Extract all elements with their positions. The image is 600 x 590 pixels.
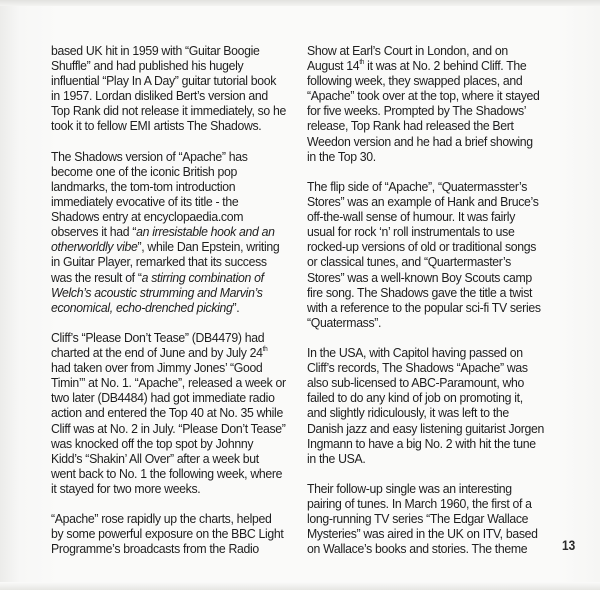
text-line: Shuffle” and had published his hugely xyxy=(51,58,295,73)
text-run: Timin’” at No. 1. “Apache”, released a w… xyxy=(51,375,286,390)
text-run: took it to fellow EMI artists The Shadow… xyxy=(51,118,261,133)
text-run: Weedon version and he had a brief showin… xyxy=(307,134,533,149)
text-run: based UK hit in 1959 with “Guitar Boogie xyxy=(51,43,260,58)
text-run: also sub-licensed to ABC-Paramount, who xyxy=(307,375,524,390)
text-line: took it to fellow EMI artists The Shadow… xyxy=(51,118,295,133)
text-run: went back to No. 1 the following week, w… xyxy=(51,466,282,481)
text-line: landmarks, the tom-tom introduction xyxy=(51,179,295,194)
paragraph: The flip side of “Apache”, “Quatermasste… xyxy=(307,179,551,330)
text-run: in the Top 30. xyxy=(307,149,376,164)
text-run: failed to do any kind of job on promotin… xyxy=(307,390,523,405)
text-line: based UK hit in 1959 with “Guitar Boogie xyxy=(51,43,295,58)
text-line: observes it had “an irresistable hook an… xyxy=(51,224,295,239)
text-run: become one of the iconic British pop xyxy=(51,164,237,179)
text-run: had taken over from Jimmy Jones’ “Good xyxy=(51,360,262,375)
ordinal-suffix: th xyxy=(263,346,268,353)
paragraph: Show at Earl’s Court in London, and onAu… xyxy=(307,43,551,164)
text-line: Their follow-up single was an interestin… xyxy=(307,481,551,496)
text-line: release, Top Rank had released the Bert xyxy=(307,118,551,133)
text-run: Stores” was a well-known Boy Scouts camp xyxy=(307,270,532,285)
text-line: Stores” was an example of Hank and Bruce… xyxy=(307,194,551,209)
text-run: usual for rock ‘n’ roll instrumentals to… xyxy=(307,224,514,239)
text-line: August 14th it was at No. 2 behind Cliff… xyxy=(307,58,551,73)
text-line: immediately evocative of its title - the xyxy=(51,194,295,209)
text-line: charted at the end of June and by July 2… xyxy=(51,345,295,360)
right-text-column: Show at Earl’s Court in London, and onAu… xyxy=(307,43,551,572)
text-run: Cliff’s “Please Don’t Tease” (DB4479) ha… xyxy=(51,330,264,345)
text-run: Stores” was an example of Hank and Bruce… xyxy=(307,194,539,209)
text-run: it was at No. 2 behind Cliff. The xyxy=(364,58,526,73)
text-line: In the USA, with Capitol having passed o… xyxy=(307,345,551,360)
paragraph: In the USA, with Capitol having passed o… xyxy=(307,345,551,466)
paragraph: based UK hit in 1959 with “Guitar Boogie… xyxy=(51,43,295,134)
text-run: on Wallace’s books and stories. The them… xyxy=(307,541,527,556)
text-line: otherworldly vibe”, while Dan Epstein, w… xyxy=(51,239,295,254)
text-line: following week, they swapped places, and xyxy=(307,73,551,88)
text-run: Their follow-up single was an interestin… xyxy=(307,481,512,496)
text-run: “Quatermass”. xyxy=(307,315,381,330)
text-run: Danish jazz and easy listening guitarist… xyxy=(307,421,544,436)
text-line: “Apache” rose rapidly up the charts, hel… xyxy=(51,511,295,526)
italic-quote: otherworldly vibe xyxy=(51,239,138,254)
text-line: or classical tunes, and “Quartermaster’s xyxy=(307,254,551,269)
text-line: economical, echo-drenched picking”. xyxy=(51,300,295,315)
text-run: Cliff’s records, The Shadows “Apache” wa… xyxy=(307,360,528,375)
text-line: Mysteries” was aired in the UK on ITV, b… xyxy=(307,526,551,541)
text-run: Mysteries” was aired in the UK on ITV, b… xyxy=(307,526,538,541)
text-line: Cliff’s “Please Don’t Tease” (DB4479) ha… xyxy=(51,330,295,345)
text-line: Kidd’s “Shakin’ All Over” after a week b… xyxy=(51,451,295,466)
text-line: Programme’s broadcasts from the Radio xyxy=(51,541,295,556)
text-run: by some powerful exposure on the BBC Lig… xyxy=(51,526,283,541)
text-line: Show at Earl’s Court in London, and on xyxy=(307,43,551,58)
booklet-page: based UK hit in 1959 with “Guitar Boogie… xyxy=(0,0,600,590)
text-line: two later (DB4484) had got immediate rad… xyxy=(51,390,295,405)
text-run: in the USA. xyxy=(307,451,365,466)
italic-quote: economical, echo-drenched picking xyxy=(51,300,233,315)
text-run: with a reference to the popular sci-fi T… xyxy=(307,300,541,315)
text-run: release, Top Rank had released the Bert xyxy=(307,118,514,133)
text-run: for five weeks. Prompted by The Shadows’ xyxy=(307,103,526,118)
text-run: long-running TV series “The Edgar Wallac… xyxy=(307,511,528,526)
text-line: Weedon version and he had a brief showin… xyxy=(307,134,551,149)
text-run: In the USA, with Capitol having passed o… xyxy=(307,345,523,360)
paragraph: “Apache” rose rapidly up the charts, hel… xyxy=(51,511,295,556)
text-line: Top Rank did not release it immediately,… xyxy=(51,103,295,118)
text-run: rocked-up versions of old or traditional… xyxy=(307,239,536,254)
text-line: Timin’” at No. 1. “Apache”, released a w… xyxy=(51,375,295,390)
text-run: it stayed for two more weeks. xyxy=(51,481,200,496)
text-run: “Apache” rose rapidly up the charts, hel… xyxy=(51,511,272,526)
text-run: influential “Play In A Day” guitar tutor… xyxy=(51,73,276,88)
text-line: action and entered the Top 40 at No. 35 … xyxy=(51,405,295,420)
text-line: for five weeks. Prompted by The Shadows’ xyxy=(307,103,551,118)
text-run: Top Rank did not release it immediately,… xyxy=(51,103,286,118)
text-line: was knocked off the top spot by Johnny xyxy=(51,436,295,451)
page-top-edge xyxy=(0,0,600,6)
text-run: fire song. The Shadows gave the title a … xyxy=(307,285,532,300)
paragraph: The Shadows version of “Apache” hasbecom… xyxy=(51,149,295,315)
text-run: Kidd’s “Shakin’ All Over” after a week b… xyxy=(51,451,259,466)
text-line: in the USA. xyxy=(307,451,551,466)
text-run: or classical tunes, and “Quartermaster’s xyxy=(307,254,511,269)
text-run: following week, they swapped places, and xyxy=(307,73,522,88)
text-run: action and entered the Top 40 at No. 35 … xyxy=(51,405,283,420)
text-run: in 1957. Lordan disliked Bert’s version … xyxy=(51,88,268,103)
text-line: usual for rock ‘n’ roll instrumentals to… xyxy=(307,224,551,239)
text-line: was the result of “a stirring combinatio… xyxy=(51,270,295,285)
text-line: become one of the iconic British pop xyxy=(51,164,295,179)
text-line: in 1957. Lordan disliked Bert’s version … xyxy=(51,88,295,103)
text-run: Shuffle” and had published his hugely xyxy=(51,58,243,73)
text-line: Danish jazz and easy listening guitarist… xyxy=(307,421,551,436)
text-line: influential “Play In A Day” guitar tutor… xyxy=(51,73,295,88)
text-run: Cliff was at No. 2 in July. “Please Don’… xyxy=(51,421,286,436)
text-run: charted at the end of June and by July 2… xyxy=(51,345,263,360)
text-run: “Apache” took over at the top, where it … xyxy=(307,88,540,103)
text-line: Ingmann to have a big No. 2 with hit the… xyxy=(307,436,551,451)
text-line: it stayed for two more weeks. xyxy=(51,481,295,496)
text-run: and slightly ridiculously, it was left t… xyxy=(307,405,509,420)
text-line: Welch’s acoustic strumming and Marvin’s xyxy=(51,285,295,300)
text-line: failed to do any kind of job on promotin… xyxy=(307,390,551,405)
text-line: had taken over from Jimmy Jones’ “Good xyxy=(51,360,295,375)
text-line: in the Top 30. xyxy=(307,149,551,164)
text-line: pairing of tunes. In March 1960, the fir… xyxy=(307,496,551,511)
text-run: Shadows entry at encyclopaedia.com xyxy=(51,209,243,224)
text-run: ”. xyxy=(233,300,240,315)
text-run: observes it had “ xyxy=(51,224,136,239)
text-run: Programme’s broadcasts from the Radio xyxy=(51,541,259,556)
text-line: in Guitar Player, remarked that its succ… xyxy=(51,254,295,269)
text-run: was the result of “ xyxy=(51,270,142,285)
text-line: rocked-up versions of old or traditional… xyxy=(307,239,551,254)
text-line: “Quatermass”. xyxy=(307,315,551,330)
text-line: Stores” was a well-known Boy Scouts camp xyxy=(307,270,551,285)
text-run: off-the-wall sense of humour. It was fai… xyxy=(307,209,515,224)
text-line: went back to No. 1 the following week, w… xyxy=(51,466,295,481)
text-line: Cliff’s records, The Shadows “Apache” wa… xyxy=(307,360,551,375)
text-line: “Apache” took over at the top, where it … xyxy=(307,88,551,103)
text-line: Shadows entry at encyclopaedia.com xyxy=(51,209,295,224)
text-line: The Shadows version of “Apache” has xyxy=(51,149,295,164)
text-line: Cliff was at No. 2 in July. “Please Don’… xyxy=(51,421,295,436)
page-bottom-edge xyxy=(0,582,600,590)
text-run: was knocked off the top spot by Johnny xyxy=(51,436,253,451)
italic-quote: a stirring combination of xyxy=(142,270,264,285)
text-run: ”, while Dan Epstein, writing xyxy=(138,239,280,254)
text-line: The flip side of “Apache”, “Quatermasste… xyxy=(307,179,551,194)
text-run: The Shadows version of “Apache” has xyxy=(51,149,248,164)
text-run: Show at Earl’s Court in London, and on xyxy=(307,43,508,58)
paragraph: Their follow-up single was an interestin… xyxy=(307,481,551,556)
text-run: immediately evocative of its title - the xyxy=(51,194,238,209)
text-run: two later (DB4484) had got immediate rad… xyxy=(51,390,275,405)
text-line: on Wallace’s books and stories. The them… xyxy=(307,541,551,556)
text-line: by some powerful exposure on the BBC Lig… xyxy=(51,526,295,541)
text-run: The flip side of “Apache”, “Quatermasste… xyxy=(307,179,527,194)
text-line: and slightly ridiculously, it was left t… xyxy=(307,405,551,420)
text-run: landmarks, the tom-tom introduction xyxy=(51,179,235,194)
text-line: also sub-licensed to ABC-Paramount, who xyxy=(307,375,551,390)
page-number: 13 xyxy=(562,537,575,553)
text-line: off-the-wall sense of humour. It was fai… xyxy=(307,209,551,224)
italic-quote: Welch’s acoustic strumming and Marvin’s xyxy=(51,285,263,300)
text-run: in Guitar Player, remarked that its succ… xyxy=(51,254,267,269)
paragraph: Cliff’s “Please Don’t Tease” (DB4479) ha… xyxy=(51,330,295,496)
text-line: with a reference to the popular sci-fi T… xyxy=(307,300,551,315)
left-text-column: based UK hit in 1959 with “Guitar Boogie… xyxy=(51,43,295,572)
text-run: Ingmann to have a big No. 2 with hit the… xyxy=(307,436,536,451)
text-line: fire song. The Shadows gave the title a … xyxy=(307,285,551,300)
text-run: pairing of tunes. In March 1960, the fir… xyxy=(307,496,532,511)
italic-quote: an irresistable hook and an xyxy=(136,224,274,239)
text-line: long-running TV series “The Edgar Wallac… xyxy=(307,511,551,526)
text-run: August 14 xyxy=(307,58,359,73)
